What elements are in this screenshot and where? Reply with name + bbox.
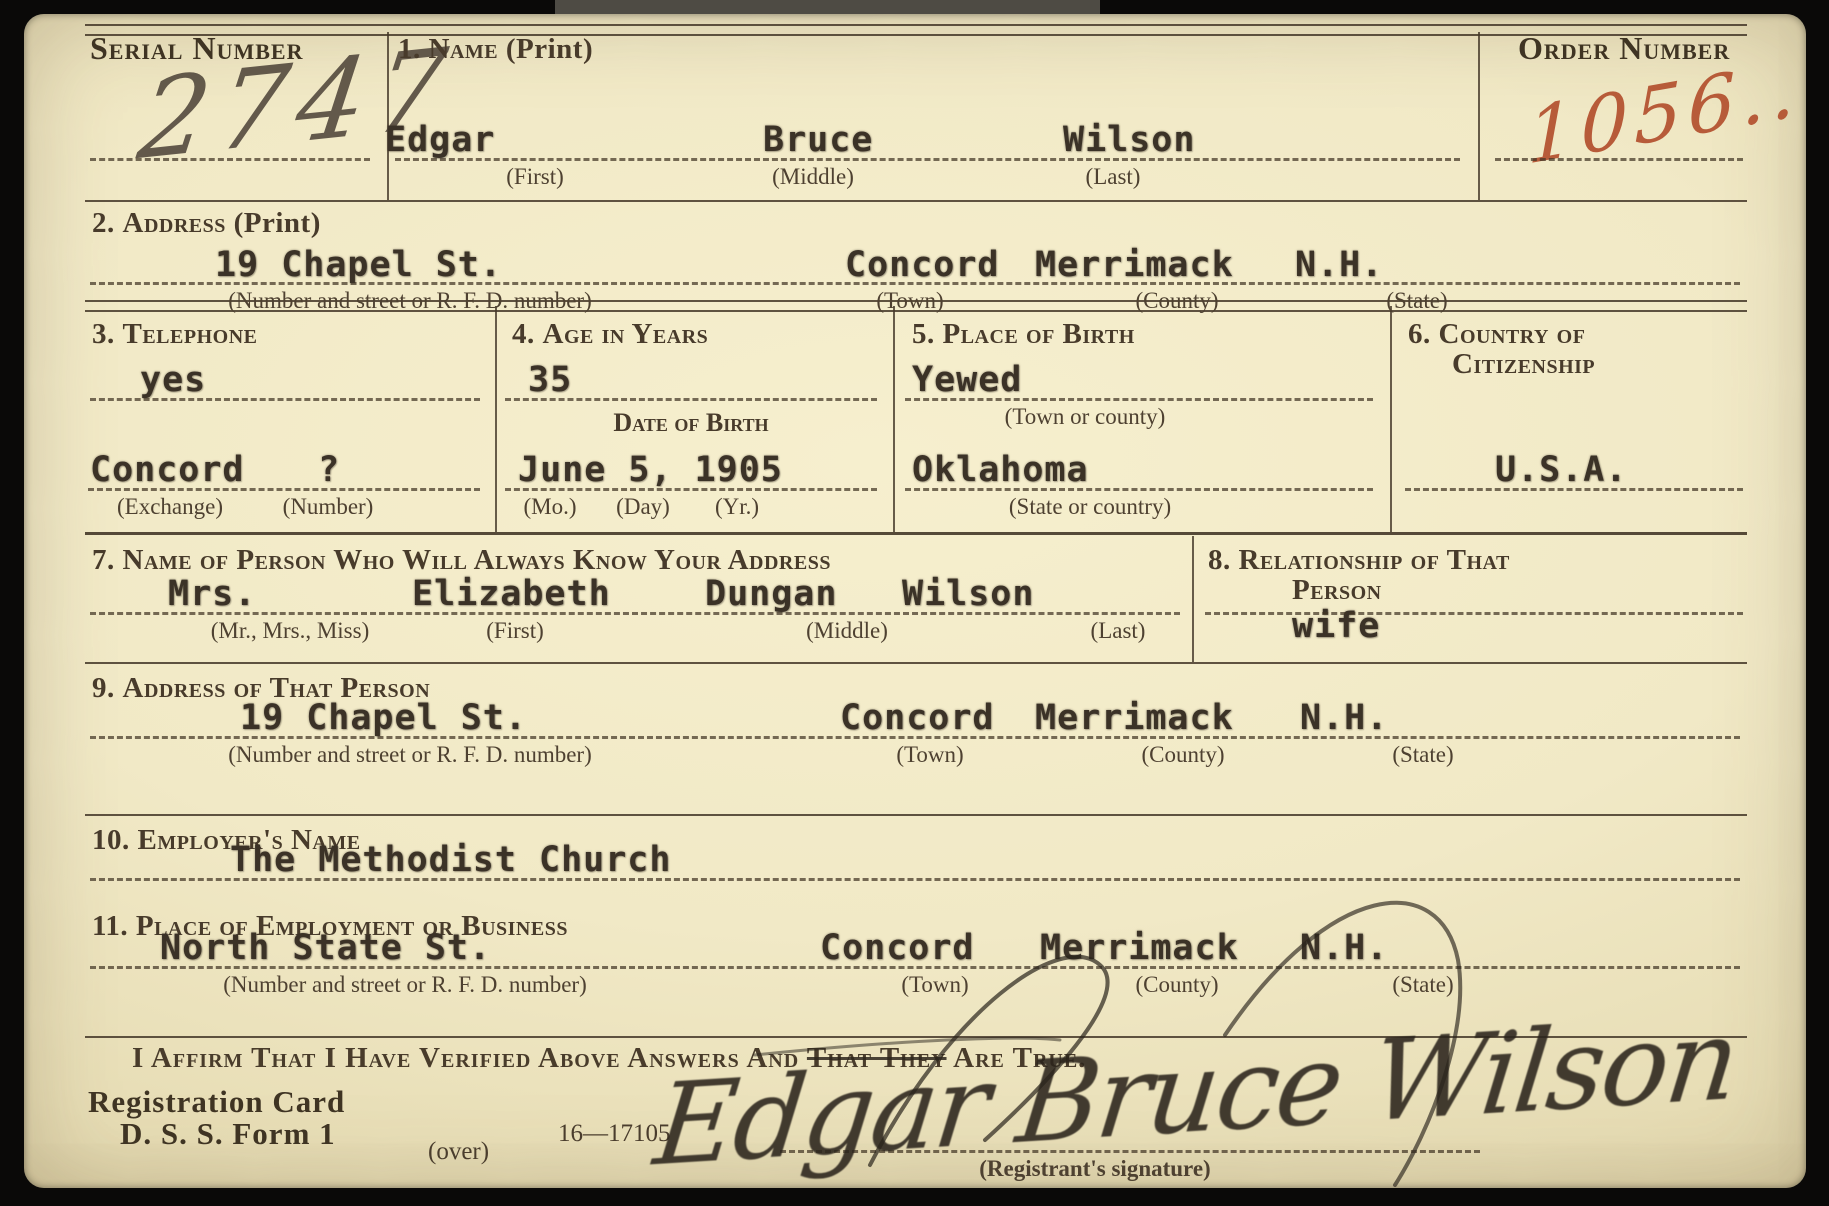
relationship-number-prefix: 8. <box>1208 544 1231 576</box>
name-sub-last: (Last) <box>1058 164 1168 190</box>
address-heading: 2. Address (Print) <box>92 207 321 240</box>
contact-address-sub-town: (Town) <box>875 742 985 768</box>
contact-address-sub-state: (State) <box>1368 742 1478 768</box>
relationship-label-line1: Relationship of That <box>1239 544 1510 576</box>
over-note: (over) <box>428 1138 489 1166</box>
birthplace-sub-town: (Town or county) <box>955 404 1215 430</box>
telephone-exchange-value: Concord <box>90 450 245 490</box>
divider-contact-relationship <box>1192 536 1194 662</box>
dob-sub-month: (Mo.) <box>505 494 595 520</box>
telephone-label: Telephone <box>123 318 258 350</box>
birthplace-number-prefix: 5. <box>912 318 935 350</box>
age-value: 35 <box>528 360 572 400</box>
contact-sub-first: (First) <box>455 618 575 644</box>
employer-answer-line <box>90 878 1740 881</box>
contact-label: Name of Person Who Will Always Know Your… <box>123 544 831 576</box>
citizenship-answer-line <box>1405 488 1743 491</box>
contact-number-prefix: 7. <box>92 544 115 576</box>
birthplace-label: Place of Birth <box>943 318 1135 350</box>
dob-sub-year: (Yr.) <box>692 494 782 520</box>
rule-under-row3 <box>85 532 1747 535</box>
dob-sub-day: (Day) <box>598 494 688 520</box>
rule-under-row1 <box>85 200 1747 202</box>
employment-state-value: N.H. <box>1300 928 1388 968</box>
address-town-value: Concord <box>845 245 1000 285</box>
divider-age-birth <box>893 306 895 532</box>
age-heading: 4. Age in Years <box>512 318 708 351</box>
name-answer-line <box>395 158 1460 161</box>
telephone-number-prefix: 3. <box>92 318 115 350</box>
telephone-heading: 3. Telephone <box>92 318 257 351</box>
employer-number-prefix: 10. <box>92 824 130 856</box>
employment-sub-town: (Town) <box>880 972 990 998</box>
employment-number-prefix: 11. <box>92 910 128 942</box>
contact-address-sub-street: (Number and street or R. F. D. number) <box>200 742 620 768</box>
address-state-value: N.H. <box>1295 245 1383 285</box>
employer-value: The Methodist Church <box>230 840 671 880</box>
age-answer-line <box>505 398 877 401</box>
address-label: Address <box>123 207 226 239</box>
contact-heading: 7. Name of Person Who Will Always Know Y… <box>92 544 831 577</box>
address-suffix: (Print) <box>234 207 321 239</box>
contact-address-town-value: Concord <box>840 698 995 738</box>
age-number-prefix: 4. <box>512 318 535 350</box>
name-middle-value: Bruce <box>763 120 873 160</box>
address-sub-state: (State) <box>1362 288 1472 314</box>
citizenship-label-line1: Country of <box>1439 318 1586 350</box>
employment-sub-state: (State) <box>1368 972 1478 998</box>
telephone-exchange-line <box>88 488 480 491</box>
scanned-draft-registration-card: Serial Number 2747 1. Name (Print) Edgar… <box>0 0 1829 1206</box>
employment-sub-street: (Number and street or R. F. D. number) <box>195 972 615 998</box>
contact-sub-title: (Mr., Mrs., Miss) <box>180 618 400 644</box>
address-sub-county: (County) <box>1112 288 1242 314</box>
telephone-sub-number: (Number) <box>258 494 398 520</box>
contact-last-value: Wilson <box>902 574 1034 614</box>
date-of-birth-label: Date of Birth <box>505 408 877 438</box>
birthplace-state-line <box>905 488 1373 491</box>
name-sub-first: (First) <box>480 164 590 190</box>
birthplace-town-line <box>905 398 1373 401</box>
contact-address-state-value: N.H. <box>1300 698 1388 738</box>
name-heading: 1. Name (Print) <box>398 33 593 66</box>
contact-address-sub-county: (County) <box>1118 742 1248 768</box>
name-label: Name <box>429 33 499 65</box>
contact-sub-middle: (Middle) <box>782 618 912 644</box>
card-content: Serial Number 2747 1. Name (Print) Edgar… <box>0 0 1829 1206</box>
divider-tel-age <box>495 306 497 532</box>
address-sub-town: (Town) <box>855 288 965 314</box>
date-of-birth-value: June 5, 1905 <box>518 450 783 490</box>
telephone-sub-exchange: (Exchange) <box>95 494 245 520</box>
employment-county-value: Merrimack <box>1040 928 1239 968</box>
age-label: Age in Years <box>543 318 709 350</box>
registration-card-title: Registration Card <box>88 1084 345 1120</box>
contact-middle-value: Dungan <box>705 574 837 614</box>
birthplace-town-value: Yewed <box>912 360 1022 400</box>
divider-birth-citizenship <box>1390 306 1392 532</box>
name-sub-middle: (Middle) <box>748 164 878 190</box>
address-sub-street: (Number and street or R. F. D. number) <box>200 288 620 314</box>
address-county-value: Merrimack <box>1035 245 1234 285</box>
name-suffix: (Print) <box>506 33 593 65</box>
telephone-answer-value: yes <box>140 360 206 400</box>
contact-sub-last: (Last) <box>1058 618 1178 644</box>
citizenship-value: U.S.A. <box>1495 450 1627 490</box>
form-number: D. S. S. Form 1 <box>120 1116 336 1152</box>
rule-under-row9 <box>85 814 1747 816</box>
address-number: 2. <box>92 207 115 239</box>
telephone-answer-line <box>90 398 480 401</box>
citizenship-label-line2: Citizenship <box>1452 348 1595 381</box>
birthplace-heading: 5. Place of Birth <box>912 318 1135 351</box>
employment-street-value: North State St. <box>160 928 491 968</box>
name-first-value: Edgar <box>385 120 495 160</box>
contact-address-county-value: Merrimack <box>1035 698 1234 738</box>
contact-address-street-value: 19 Chapel St. <box>240 698 527 738</box>
name-last-value: Wilson <box>1063 120 1195 160</box>
employment-town-value: Concord <box>820 928 975 968</box>
date-of-birth-line <box>505 488 877 491</box>
address-street-value: 19 Chapel St. <box>215 245 502 285</box>
contact-first-value: Elizabeth <box>412 574 611 614</box>
serial-answer-line <box>90 158 370 161</box>
citizenship-number-prefix: 6. <box>1408 318 1431 350</box>
citizenship-heading-line1: 6. Country of <box>1408 318 1585 351</box>
employment-sub-county: (County) <box>1112 972 1242 998</box>
name-number: 1. <box>398 33 421 65</box>
telephone-number-value: ? <box>318 450 340 490</box>
relationship-heading-line1: 8. Relationship of That <box>1208 544 1510 577</box>
divider-name-order <box>1478 32 1480 200</box>
order-answer-line <box>1495 158 1743 161</box>
birthplace-state-value: Oklahoma <box>912 450 1089 490</box>
rule-under-row7 <box>85 662 1747 664</box>
relationship-answer-line <box>1205 612 1743 615</box>
birthplace-sub-state: (State or country) <box>950 494 1230 520</box>
contact-title-value: Mrs. <box>168 574 256 614</box>
contact-address-number-prefix: 9. <box>92 672 115 704</box>
top-double-rule <box>85 24 1747 36</box>
relationship-label-line2: Person <box>1292 574 1382 607</box>
